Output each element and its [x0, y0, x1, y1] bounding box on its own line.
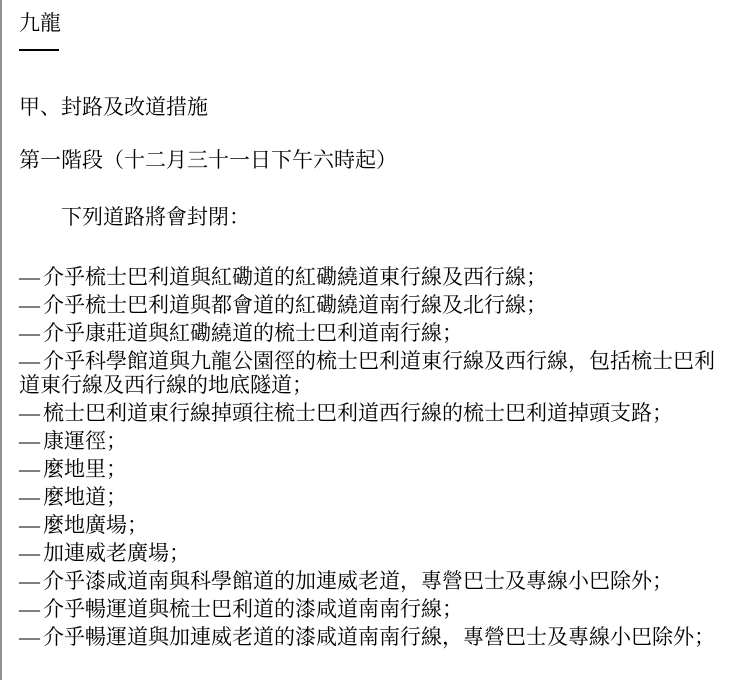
- item-text: 介乎暢運道與梳士巴利道的漆咸道南南行線；: [43, 597, 463, 621]
- item-text: 介乎科學館道與九龍公園徑的梳士巴利道東行線及西行線，包括梳士巴利道東行線及西行線…: [19, 349, 715, 397]
- list-item: —麼地里；: [19, 457, 719, 481]
- phase-heading: 第一階段（十二月三十一日下午六時起）: [19, 148, 719, 172]
- dash-bullet: —: [19, 513, 43, 537]
- intro-text: 下列道路將會封閉：: [19, 205, 719, 229]
- item-text: 介乎梳士巴利道與紅磡道的紅磡繞道東行線及西行線；: [43, 265, 547, 289]
- road-list: —介乎梳士巴利道與紅磡道的紅磡繞道東行線及西行線； —介乎梳士巴利道與都會道的紅…: [19, 265, 719, 649]
- dash-bullet: —: [19, 293, 43, 317]
- dash-bullet: —: [19, 569, 43, 593]
- list-item: —介乎暢運道與加連威老道的漆咸道南南行線，專營巴士及專線小巴除外；: [19, 625, 719, 649]
- list-item: —麼地道；: [19, 485, 719, 509]
- item-text: 介乎康莊道與紅磡繞道的梳士巴利道南行線；: [43, 321, 463, 345]
- item-text: 介乎漆咸道南與科學館道的加連威老道，專營巴士及專線小巴除外；: [43, 569, 673, 593]
- item-text: 麼地里；: [43, 457, 127, 481]
- page: { "document": { "region": "九龍", "section…: [0, 0, 729, 680]
- list-item: —介乎暢運道與梳士巴利道的漆咸道南南行線；: [19, 597, 719, 621]
- list-item: —介乎梳士巴利道與紅磡道的紅磡繞道東行線及西行線；: [19, 265, 719, 289]
- dash-bullet: —: [19, 401, 43, 425]
- item-text: 加連威老廣場；: [43, 541, 190, 565]
- dash-bullet: —: [19, 625, 43, 649]
- document: 九龍 甲、封路及改道措施 第一階段（十二月三十一日下午六時起） 下列道路將會封閉…: [2, 0, 729, 649]
- item-text: 介乎梳士巴利道與都會道的紅磡繞道南行線及北行線；: [43, 293, 547, 317]
- dash-bullet: —: [19, 485, 43, 509]
- dash-bullet: —: [19, 349, 43, 373]
- dash-bullet: —: [19, 265, 43, 289]
- list-item: —介乎康莊道與紅磡繞道的梳士巴利道南行線；: [19, 321, 719, 345]
- section-heading: 甲、封路及改道措施: [19, 95, 719, 119]
- list-item: —加連威老廣場；: [19, 541, 719, 565]
- item-text: 梳士巴利道東行線掉頭往梳士巴利道西行線的梳士巴利道掉頭支路；: [43, 401, 673, 425]
- list-item: —介乎漆咸道南與科學館道的加連威老道，專營巴士及專線小巴除外；: [19, 569, 719, 593]
- page-title: 九龍: [19, 11, 719, 35]
- list-item: —康運徑；: [19, 429, 719, 453]
- dash-bullet: —: [19, 321, 43, 345]
- dash-bullet: —: [19, 541, 43, 565]
- dash-bullet: —: [19, 457, 43, 481]
- list-item: —梳士巴利道東行線掉頭往梳士巴利道西行線的梳士巴利道掉頭支路；: [19, 401, 719, 425]
- dash-bullet: —: [19, 597, 43, 621]
- list-item: —介乎梳士巴利道與都會道的紅磡繞道南行線及北行線；: [19, 293, 719, 317]
- list-item: —麼地廣場；: [19, 513, 719, 537]
- list-item: —介乎科學館道與九龍公園徑的梳士巴利道東行線及西行線，包括梳士巴利道東行線及西行…: [19, 349, 719, 397]
- item-text: 麼地廣場；: [43, 513, 148, 537]
- item-text: 麼地道；: [43, 485, 127, 509]
- item-text: 介乎暢運道與加連威老道的漆咸道南南行線，專營巴士及專線小巴除外；: [43, 625, 715, 649]
- dash-bullet: —: [19, 429, 43, 453]
- separator-line: [19, 49, 59, 51]
- item-text: 康運徑；: [43, 429, 127, 453]
